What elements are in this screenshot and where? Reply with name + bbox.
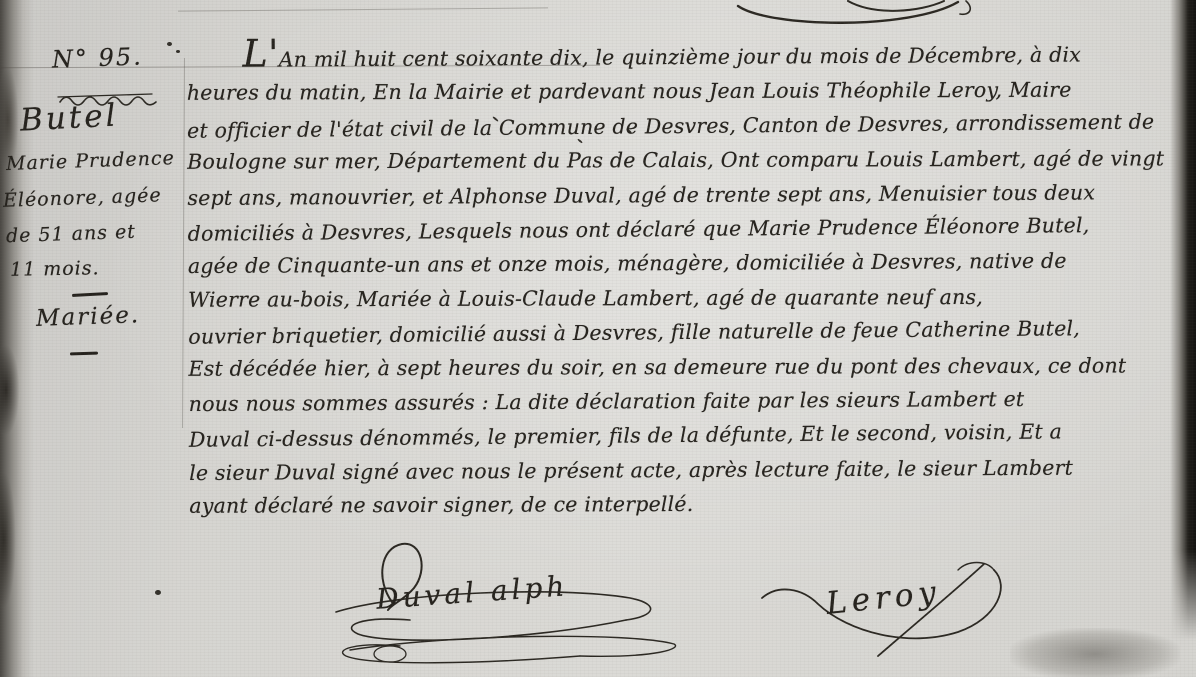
signature-duval: Duval alph xyxy=(330,536,690,676)
partial-signature-top xyxy=(730,0,980,32)
act-body-text: L'An mil huit cent soixante dix, le quin… xyxy=(187,37,1180,525)
separator-dash xyxy=(72,292,108,296)
margin-deceased-line: Éléonore, agée xyxy=(3,184,162,212)
act-text-line: ayant déclaré ne savoir signer, de ce in… xyxy=(189,486,1179,524)
margin-deceased-surname: Butel xyxy=(19,97,119,138)
separator-dash xyxy=(70,352,98,355)
margin-rule-line xyxy=(182,58,185,428)
signature-leroy: Leroy xyxy=(758,552,1048,672)
ink-speck xyxy=(155,590,161,595)
ink-speck xyxy=(167,42,172,46)
scan-artifact-line xyxy=(178,7,548,11)
margin-deceased-line: de 51 ans et xyxy=(6,221,137,248)
act-text-line: le sieur Duval signé avec nous le présen… xyxy=(189,450,1179,490)
margin-deceased-line: Marie Prudence xyxy=(6,147,176,175)
act-text-line: L'An mil huit cent soixante dix, le quin… xyxy=(187,37,1177,77)
act-text-line: Boulogne sur mer, Département du Pas de … xyxy=(187,141,1177,179)
margin-marital-status: Mariée. xyxy=(36,302,141,332)
document-page: N° 95. Butel Marie Prudence Éléonore, ag… xyxy=(0,0,1196,677)
ink-speck xyxy=(176,50,180,53)
act-text-line: Est décédée hier, à sept heures du soir,… xyxy=(188,348,1178,386)
margin-deceased-line: 11 mois. xyxy=(10,257,100,281)
act-number: N° 95. xyxy=(52,42,144,73)
